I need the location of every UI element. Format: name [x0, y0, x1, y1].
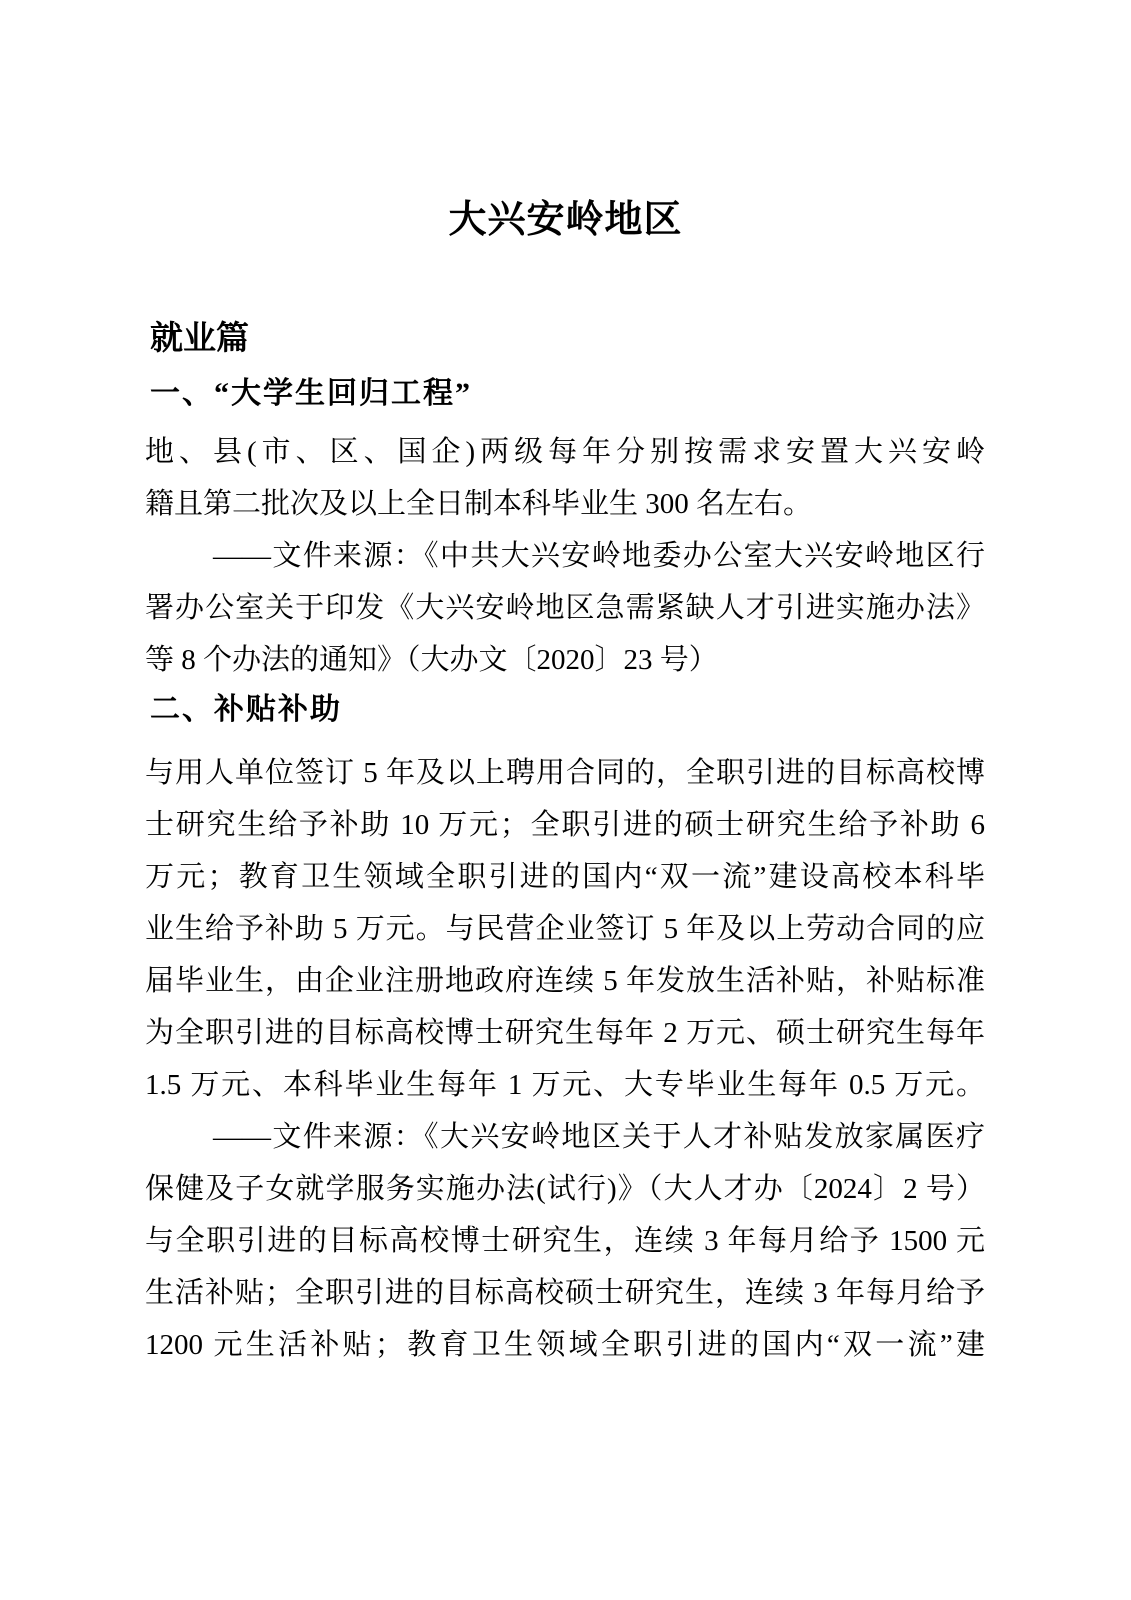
document-page: 大兴安岭地区 就业篇 一、“大学生回归工程” ●地、县(市、区、国企)两级每年分…	[0, 0, 1131, 1600]
page-title: 大兴安岭地区	[0, 196, 1131, 244]
text-line: 保健及子女就学服务实施办法(试行)》（大人才办〔2024〕2 号）	[145, 1163, 985, 1215]
text-line: 业生给予补助 5 万元。与民营企业签订 5 年及以上劳动合同的应	[145, 903, 985, 955]
text-line: 籍且第二批次及以上全日制本科毕业生 300 名左右。	[145, 478, 985, 530]
text-line: 为全职引进的目标高校博士研究生每年 2 万元、硕士研究生每年	[145, 1007, 985, 1059]
line-text: 籍且第二批次及以上全日制本科毕业生 300 名左右。	[145, 488, 812, 520]
text-line: ——文件来源：《中共大兴安岭地委办公室大兴安岭地区行	[145, 530, 985, 582]
bullet-paragraph-2: ●与用人单位签订 5 年及以上聘用合同的，全职引进的目标高校博 士研究生给予补助…	[145, 747, 985, 1111]
line-text: 等 8 个办法的通知》（大办文〔2020〕23 号）	[145, 644, 718, 676]
text-line: ——文件来源：《大兴安岭地区关于人才补贴发放家属医疗	[145, 1111, 985, 1163]
text-line: ●地、县(市、区、国企)两级每年分别按需求安置大兴安岭	[145, 426, 985, 478]
bullet-paragraph-3: ●与全职引进的目标高校博士研究生，连续 3 年每月给予 1500 元 生活补贴；…	[145, 1215, 985, 1371]
text-line: 1200 元生活补贴；教育卫生领域全职引进的国内“双一流”建	[145, 1319, 985, 1371]
line-text: 与全职引进的目标高校博士研究生，连续 3 年每月给予 1500 元	[145, 1225, 985, 1257]
line-text: 士研究生给予补助 10 万元；全职引进的硕士研究生给予补助 6	[145, 809, 985, 841]
text-line: 万元；教育卫生领域全职引进的国内“双一流”建设高校本科毕	[145, 851, 985, 903]
line-text: 署办公室关于印发《大兴安岭地区急需紧缺人才引进实施办法》	[145, 592, 985, 624]
text-line: ●与用人单位签订 5 年及以上聘用合同的，全职引进的目标高校博	[145, 747, 985, 799]
bullet-paragraph-1: ●地、县(市、区、国企)两级每年分别按需求安置大兴安岭 籍且第二批次及以上全日制…	[145, 426, 985, 530]
text-line: ●与全职引进的目标高校博士研究生，连续 3 年每月给予 1500 元	[145, 1215, 985, 1267]
line-text: 保健及子女就学服务实施办法(试行)》（大人才办〔2024〕2 号）	[145, 1173, 985, 1205]
item1-heading: 一、“大学生回归工程”	[150, 374, 472, 414]
text-line: 届毕业生，由企业注册地政府连续 5 年发放生活补贴，补贴标准	[145, 955, 985, 1007]
text-line: 1.5 万元、本科毕业生每年 1 万元、大专毕业生每年 0.5 万元。	[145, 1059, 985, 1111]
section-heading-employment: 就业篇	[150, 318, 249, 358]
line-text: 1200 元生活补贴；教育卫生领域全职引进的国内“双一流”建	[145, 1329, 985, 1361]
line-text: 万元；教育卫生领域全职引进的国内“双一流”建设高校本科毕	[145, 861, 985, 893]
line-text: 届毕业生，由企业注册地政府连续 5 年发放生活补贴，补贴标准	[145, 965, 985, 997]
line-text: ——文件来源：《中共大兴安岭地委办公室大兴安岭地区行	[213, 540, 985, 572]
line-text: 生活补贴；全职引进的目标高校硕士研究生，连续 3 年每月给予	[145, 1277, 985, 1309]
line-text: 为全职引进的目标高校博士研究生每年 2 万元、硕士研究生每年	[145, 1017, 985, 1049]
text-line: 等 8 个办法的通知》（大办文〔2020〕23 号）	[145, 634, 985, 686]
source-paragraph-1: ——文件来源：《中共大兴安岭地委办公室大兴安岭地区行 署办公室关于印发《大兴安岭…	[145, 530, 985, 686]
item2-heading: 二、补贴补助	[150, 690, 342, 730]
line-text: 1.5 万元、本科毕业生每年 1 万元、大专毕业生每年 0.5 万元。	[145, 1069, 985, 1101]
source-paragraph-2: ——文件来源：《大兴安岭地区关于人才补贴发放家属医疗 保健及子女就学服务实施办法…	[145, 1111, 985, 1215]
text-line: 士研究生给予补助 10 万元；全职引进的硕士研究生给予补助 6	[145, 799, 985, 851]
line-text: ——文件来源：《大兴安岭地区关于人才补贴发放家属医疗	[213, 1121, 985, 1153]
line-text: 地、县(市、区、国企)两级每年分别按需求安置大兴安岭	[145, 436, 985, 468]
line-text: 与用人单位签订 5 年及以上聘用合同的，全职引进的目标高校博	[145, 757, 985, 789]
line-text: 业生给予补助 5 万元。与民营企业签订 5 年及以上劳动合同的应	[145, 913, 985, 945]
text-line: 生活补贴；全职引进的目标高校硕士研究生，连续 3 年每月给予	[145, 1267, 985, 1319]
text-line: 署办公室关于印发《大兴安岭地区急需紧缺人才引进实施办法》	[145, 582, 985, 634]
